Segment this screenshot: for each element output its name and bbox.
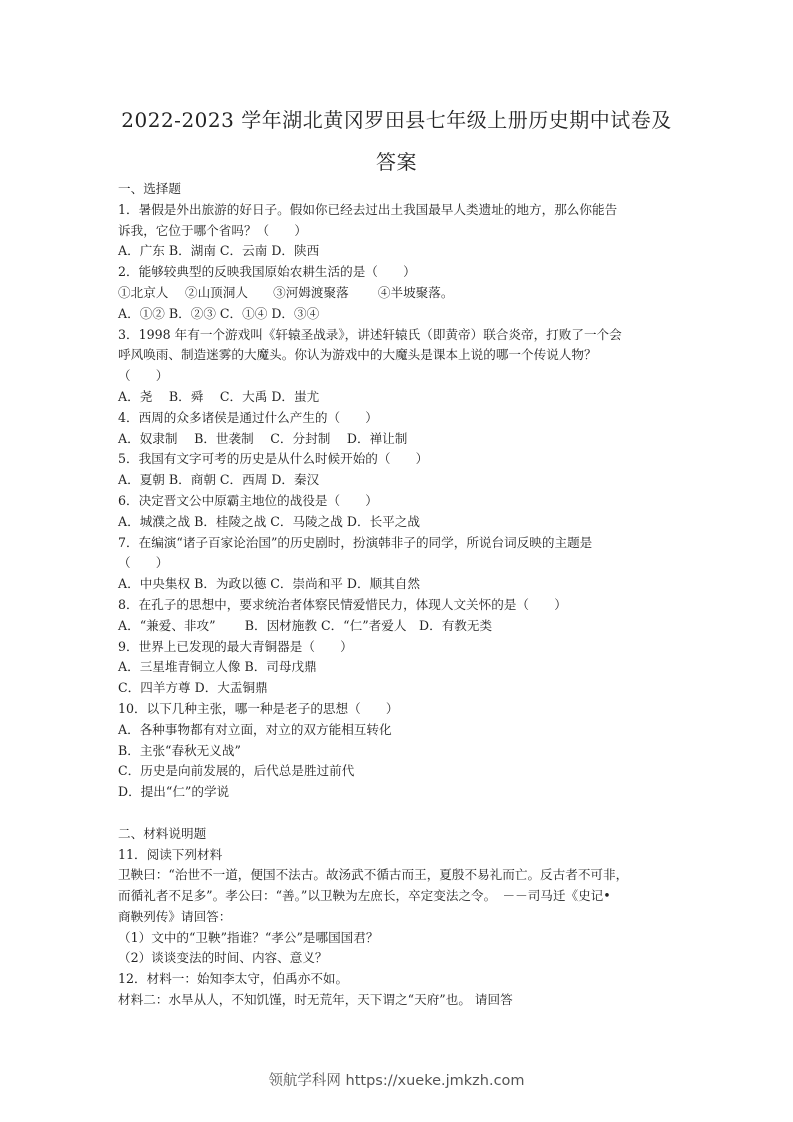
q2-items: ①北京人 ②山顶洞人 ③河姆渡聚落 ④半坡聚落。 [118,283,678,304]
watermark-footer: 领航学科网 https://xueke.jmkzh.com [0,1069,793,1090]
q4-stem: 4．西周的众多诸侯是通过什么产生的（ ） [118,408,678,429]
section-heading-choice: 一、选择题 [118,179,678,200]
q1-line2: 诉我，它位于哪个省吗？（ ） [118,221,678,242]
q2-stem: 2．能够较典型的反映我国原始农耕生活的是（ ） [118,262,678,283]
q12-material-1: 12．材料一：始知李太守，伯禹亦不如。 [118,969,678,990]
q3-line1: 3．1998 年有一个游戏叫《轩辕圣战录》，讲述轩辕氏（即黄帝）联合炎帝，打败了… [118,325,678,346]
q9-stem: 9．世界上已发现的最大青铜器是（ ） [118,637,678,658]
q11-material-line3: 商鞅列传》请回答： [118,907,678,928]
q11-material-line1: 卫鞅曰：“治世不一道，便国不法古。故汤武不循古而王，夏殷不易礼而亡。反古者不可非… [118,865,678,886]
q6-stem: 6．决定晋文公中原霸主地位的战役是（ ） [118,491,678,512]
q12-material-2: 材料二：水旱从人，不知饥馑，时无荒年，天下谓之“天府”也。 请回答 [118,990,678,1011]
q3-options: A．尧 B．舜 C．大禹 D．蚩尤 [118,387,678,408]
q9-options-cd: C．四羊方尊 D．大盂铜鼎 [118,678,678,699]
q11-material-line2: 而循礼者不足多”。孝公曰：“善。”以卫鞅为左庶长，卒定变法之令。 －－司马迁《史… [118,886,678,907]
q7-line1: 7．在编演“诸子百家论治国”的历史剧时，扮演韩非子的同学，所说台词反映的主题是 [118,533,678,554]
q8-stem: 8．在孔子的思想中，要求统治者体察民情爱惜民力，体现人文关怀的是（ ） [118,595,678,616]
q8-options: A．“兼爱、非攻” B．因材施教 C．“仁”者爱人 D．有教无类 [118,616,678,637]
section-heading-material: 二、材料说明题 [118,824,678,845]
q10-option-a: A．各种事物都有对立面，对立的双方能相互转化 [118,720,678,741]
q7-line2: （ ） [118,553,678,574]
q9-options-ab: A．三星堆青铜立人像 B．司母戊鼎 [118,657,678,678]
q11-subquestion-1: （1）文中的“卫鞅”指谁？“孝公”是哪国国君？ [118,928,678,949]
q5-options: A．夏朝 B．商朝 C．西周 D．秦汉 [118,470,678,491]
q6-options: A．城濮之战 B．桂陵之战 C．马陵之战 D．长平之战 [118,512,678,533]
section-spacer [118,803,678,824]
q1-line1: 1．暑假是外出旅游的好日子。假如你已经去过出土我国最早人类遗址的地方，那么你能告 [118,200,678,221]
q4-options: A．奴隶制 B．世袭制 C．分封制 D．禅让制 [118,429,678,450]
q3-line2: 呼风唤雨、制造迷雾的大魔头。你认为游戏中的大魔头是课本上说的哪一个传说人物？ [118,345,678,366]
q2-options: A．①② B．②③ C．①④ D．③④ [118,304,678,325]
q1-options: A．广东 B．湖南 C．云南 D．陕西 [118,241,678,262]
document-page: 2022-2023 学年湖北黄冈罗田县七年级上册历史期中试卷及 答案 一、选择题… [0,0,793,1122]
q10-option-d: D．提出“仁”的学说 [118,782,678,803]
q10-option-b: B．主张“春秋无义战” [118,741,678,762]
document-title-line2: 答案 [60,146,733,175]
document-title-line1: 2022-2023 学年湖北黄冈罗田县七年级上册历史期中试卷及 [60,104,733,133]
q7-options: A．中央集权 B．为政以德 C．崇尚和平 D．顺其自然 [118,574,678,595]
q10-option-c: C．历史是向前发展的，后代总是胜过前代 [118,761,678,782]
q10-stem: 10．以下几种主张，哪一种是老子的思想（ ） [118,699,678,720]
q3-line3: （ ） [118,366,678,387]
q5-stem: 5．我国有文字可考的历史是从什么时候开始的（ ） [118,449,678,470]
q11-stem: 11．阅读下列材料 [118,845,678,866]
document-body: 一、选择题 1．暑假是外出旅游的好日子。假如你已经去过出土我国最早人类遗址的地方… [118,179,678,1011]
q11-subquestion-2: （2）谈谈变法的时间、内容、意义？ [118,948,678,969]
